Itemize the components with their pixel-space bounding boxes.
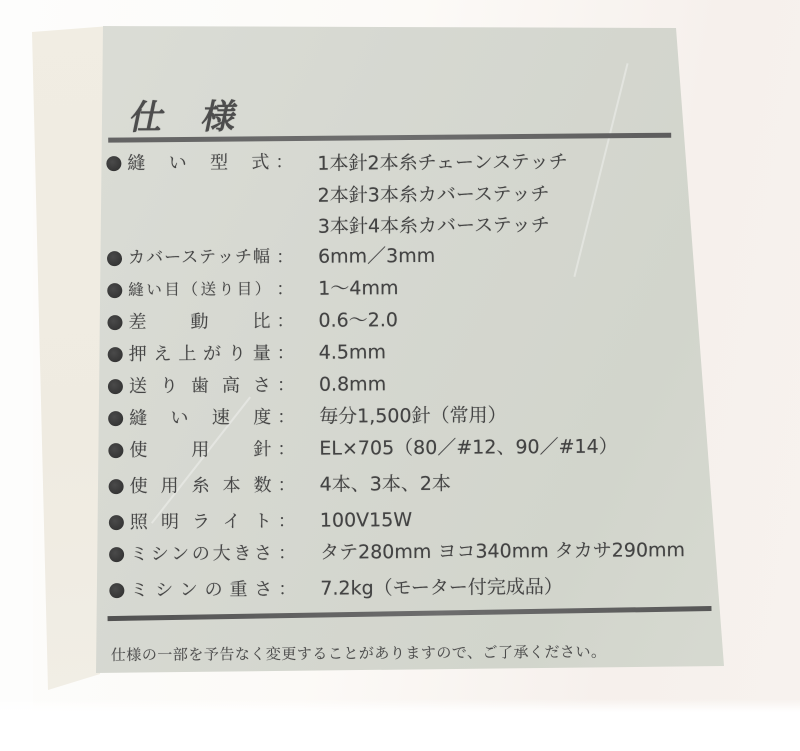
bullet-icon (107, 283, 122, 298)
photo-bottom-margin (0, 699, 800, 751)
spec-value: 1～4mm (318, 275, 398, 303)
spec-row-stitch-type: 縫い型式 ： 1本針2本糸チェーンステッチ 2本針3本糸カバーステッチ 3本針4… (0, 146, 661, 246)
bullet-icon (108, 347, 123, 362)
bullet-icon (107, 251, 122, 266)
spec-label: 縫い型式 (127, 149, 269, 177)
bullet-icon (109, 583, 124, 598)
spec-label: 使用針 (129, 436, 271, 464)
spec-colon: ： (277, 436, 295, 463)
spec-list: 縫い型式 ： 1本針2本糸チェーンステッチ 2本針3本糸カバーステッチ 3本針4… (0, 146, 663, 610)
spec-row-cover-stitch-width: カバーステッチ幅 ： 6mm／3mm (1, 241, 661, 278)
spec-row-thread-count: 使用糸本数 ： 4本、3本、2本 (3, 469, 663, 506)
spec-label: 使用糸本数 (130, 472, 272, 500)
spec-colon: ： (275, 149, 293, 176)
spec-value: 100V15W (320, 507, 412, 535)
bullet-icon (109, 515, 124, 530)
spec-value: 6mm／3mm (318, 243, 435, 271)
page-title: 仕 様 (126, 89, 244, 139)
footer-note: 仕様の一部を予告なく変更することがありますので、ご了承ください。 (111, 641, 607, 665)
spec-label: ミシンの大きさ (130, 540, 272, 568)
spec-colon: ： (277, 372, 295, 399)
spec-colon: ： (278, 576, 296, 603)
spec-row-stitch-length: 縫い目（送り目） ： 1～4mm (1, 273, 661, 310)
spec-value: タテ280mm ヨコ340mm タカサ290mm (320, 537, 685, 567)
spec-label: 縫い目（送り目） (128, 276, 270, 304)
spec-content: 仕 様 縫い型式 ： 1本針2本糸チェーンステッチ 2本針3本糸カバーステッチ … (0, 0, 800, 751)
spec-label: カバーステッチ幅 (128, 244, 270, 272)
spec-value: 0.6～2.0 (318, 307, 398, 335)
spec-label: ミシンの重さ (130, 576, 272, 604)
spec-row-lamp: 照明ライト ： 100V15W (3, 505, 663, 542)
spec-row-differential-ratio: 差動比 ： 0.6～2.0 (1, 305, 661, 342)
spec-value: 0.8mm (319, 371, 386, 398)
spec-value-line: 1本針2本糸チェーンステッチ (317, 147, 567, 180)
bullet-icon (108, 411, 123, 426)
spec-value: 1本針2本糸チェーンステッチ 2本針3本糸カバーステッチ 3本針4本糸カバーステ… (317, 147, 568, 243)
spec-value-line: 3本針4本糸カバーステッチ (318, 210, 568, 243)
spec-colon: ： (276, 276, 294, 303)
spec-row-machine-weight: ミシンの重さ ： 7.2kg（モーター付完成品） (3, 573, 663, 610)
spec-label: 照明ライト (130, 508, 272, 536)
spec-value: 7.2kg（モーター付完成品） (320, 574, 563, 603)
spec-colon: ： (277, 340, 295, 367)
spec-colon: ： (276, 244, 294, 271)
bullet-icon (109, 479, 124, 494)
spec-value: 毎分1,500針（常用） (319, 402, 507, 430)
spec-label: 送り歯高さ (129, 372, 271, 400)
bullet-icon (109, 547, 124, 562)
spec-row-machine-size: ミシンの大きさ ： タテ280mm ヨコ340mm タカサ290mm (3, 537, 663, 574)
spec-row-presser-foot-lift: 押え上がり量 ： 4.5mm (2, 337, 662, 374)
spec-row-feed-dog-height: 送り歯高さ ： 0.8mm (2, 369, 662, 406)
spec-colon: ： (278, 540, 296, 567)
photo-background: 仕 様 縫い型式 ： 1本針2本糸チェーンステッチ 2本針3本糸カバーステッチ … (0, 0, 800, 751)
spec-colon: ： (276, 308, 294, 335)
spec-colon: ： (277, 404, 295, 431)
spec-row-needle: 使用針 ： EL×705（80／#12、90／#14） (2, 433, 662, 470)
bullet-icon (107, 315, 122, 330)
spec-label: 縫い速度 (129, 404, 271, 432)
spec-value-line: 2本針3本糸カバーステッチ (317, 178, 567, 211)
spec-label: 差動比 (128, 308, 270, 336)
spec-colon: ： (278, 472, 296, 499)
spec-row-sewing-speed: 縫い速度 ： 毎分1,500針（常用） (2, 401, 662, 438)
bullet-icon (106, 156, 121, 171)
spec-label: 押え上がり量 (129, 340, 271, 368)
spec-value: EL×705（80／#12、90／#14） (319, 434, 618, 463)
spec-colon: ： (278, 508, 296, 535)
bullet-icon (108, 379, 123, 394)
spec-value: 4本、3本、2本 (320, 471, 451, 499)
spec-value: 4.5mm (319, 339, 386, 366)
bullet-icon (108, 443, 123, 458)
